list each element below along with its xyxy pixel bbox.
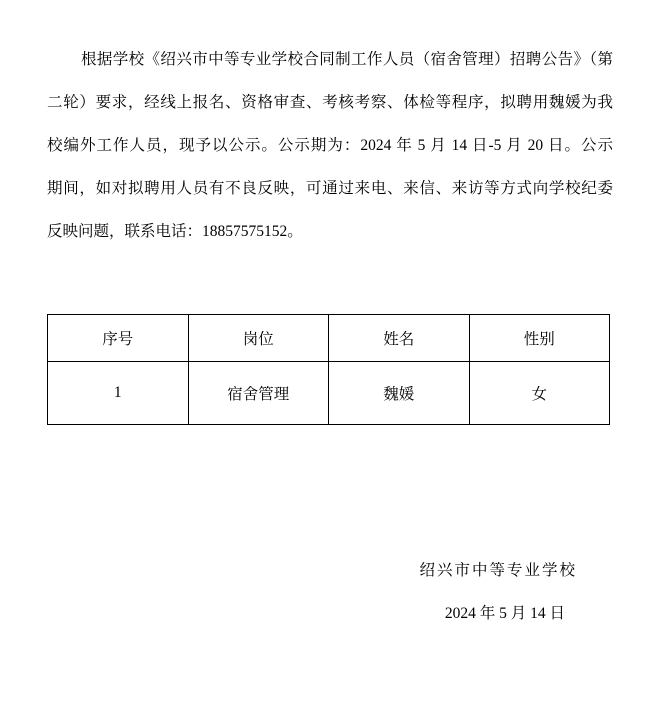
- notice-paragraph-line-1: 根据学校《绍兴市中等专业学校合同制工作人员（宿舍管理）招聘公告》（第: [47, 38, 613, 81]
- notice-paragraph-line-3: 校编外工作人员，现予以公示。公示期为：2024 年 5 月 14 日-5 月 2…: [47, 124, 613, 167]
- table-cell-position: 宿舍管理: [188, 362, 329, 425]
- hired-staff-table: 序号 岗位 姓名 性别 1 宿舍管理 魏媛 女: [47, 314, 610, 425]
- document-page: 根据学校《绍兴市中等专业学校合同制工作人员（宿舍管理）招聘公告》（第 二轮）要求…: [0, 0, 646, 710]
- notice-paragraph-line-2: 二轮）要求，经线上报名、资格审查、考核考察、体检等程序，拟聘用魏媛为我: [47, 81, 613, 124]
- notice-paragraph-line-4: 期间，如对拟聘用人员有不良反映，可通过来电、来信、来访等方式向学校纪委: [47, 167, 613, 210]
- document-content: 根据学校《绍兴市中等专业学校合同制工作人员（宿舍管理）招聘公告》（第 二轮）要求…: [47, 38, 613, 635]
- table-header-serial-number: 序号: [48, 315, 189, 362]
- notice-paragraph-line-5: 反映问题，联系电话：18857575152。: [47, 210, 613, 253]
- table-cell-serial-number: 1: [48, 362, 189, 425]
- notice-paragraph: 根据学校《绍兴市中等专业学校合同制工作人员（宿舍管理）招聘公告》（第 二轮）要求…: [47, 38, 613, 253]
- signature-block: 绍兴市中等专业学校 2024 年 5 月 14 日: [47, 549, 613, 635]
- table-header-name: 姓名: [329, 315, 470, 362]
- table-header-row: 序号 岗位 姓名 性别: [48, 315, 610, 362]
- table-header-gender: 性别: [469, 315, 610, 362]
- table-cell-name: 魏媛: [329, 362, 470, 425]
- signature-organization: 绍兴市中等专业学校: [47, 549, 613, 592]
- table-header-position: 岗位: [188, 315, 329, 362]
- table-cell-gender: 女: [469, 362, 610, 425]
- signature-date: 2024 年 5 月 14 日: [47, 592, 613, 635]
- table-row: 1 宿舍管理 魏媛 女: [48, 362, 610, 425]
